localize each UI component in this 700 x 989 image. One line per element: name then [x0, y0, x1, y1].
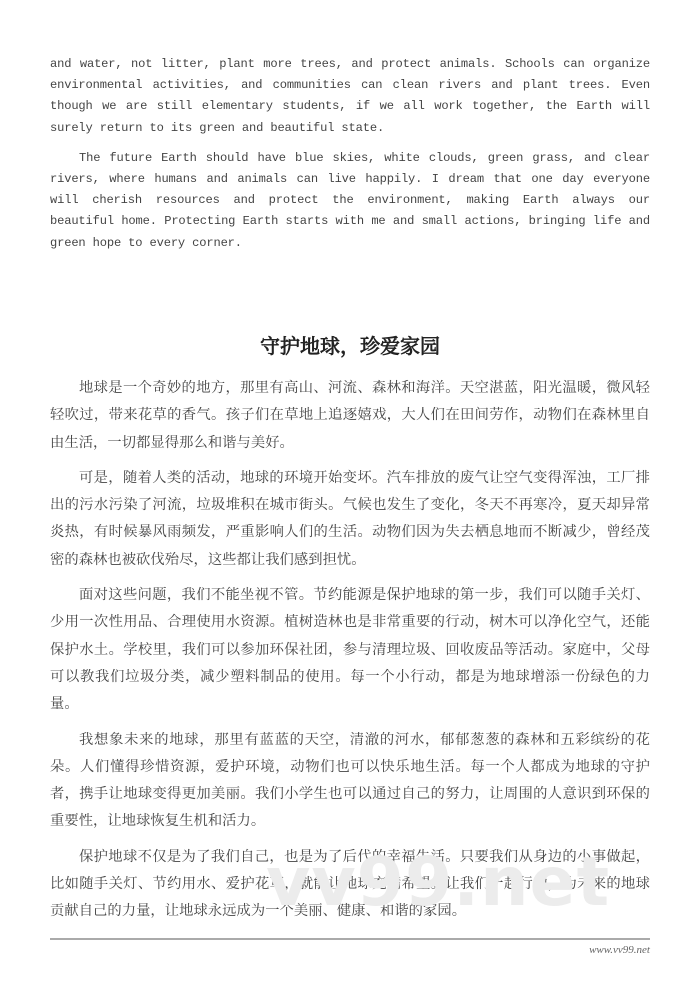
watermark: vv99.net — [266, 848, 610, 918]
footer-url: www.vv99.net — [589, 944, 650, 956]
chinese-paragraph-2: 可是，随着人类的活动，地球的环境开始变坏。汽车排放的废气让空气变得浑浊，工厂排出… — [50, 465, 650, 574]
english-section: and water, not litter, plant more trees,… — [50, 54, 650, 263]
english-paragraph-1: and water, not litter, plant more trees,… — [50, 54, 650, 139]
chinese-paragraph-3: 面对这些问题，我们不能坐视不管。节约能源是保护地球的第一步，我们可以随手关灯、少… — [50, 582, 650, 718]
essay-title: 守护地球，珍爱家园 — [0, 333, 700, 359]
chinese-paragraph-4: 我想象未来的地球，那里有蓝蓝的天空，清澈的河水，郁郁葱葱的森林和五彩缤纷的花朵。… — [50, 727, 650, 836]
english-paragraph-2: The future Earth should have blue skies,… — [50, 148, 650, 254]
footer-divider — [50, 938, 650, 940]
chinese-paragraph-1: 地球是一个奇妙的地方，那里有高山、河流、森林和海洋。天空湛蓝，阳光温暖，微风轻轻… — [50, 375, 650, 457]
document-page: and water, not litter, plant more trees,… — [0, 0, 700, 989]
